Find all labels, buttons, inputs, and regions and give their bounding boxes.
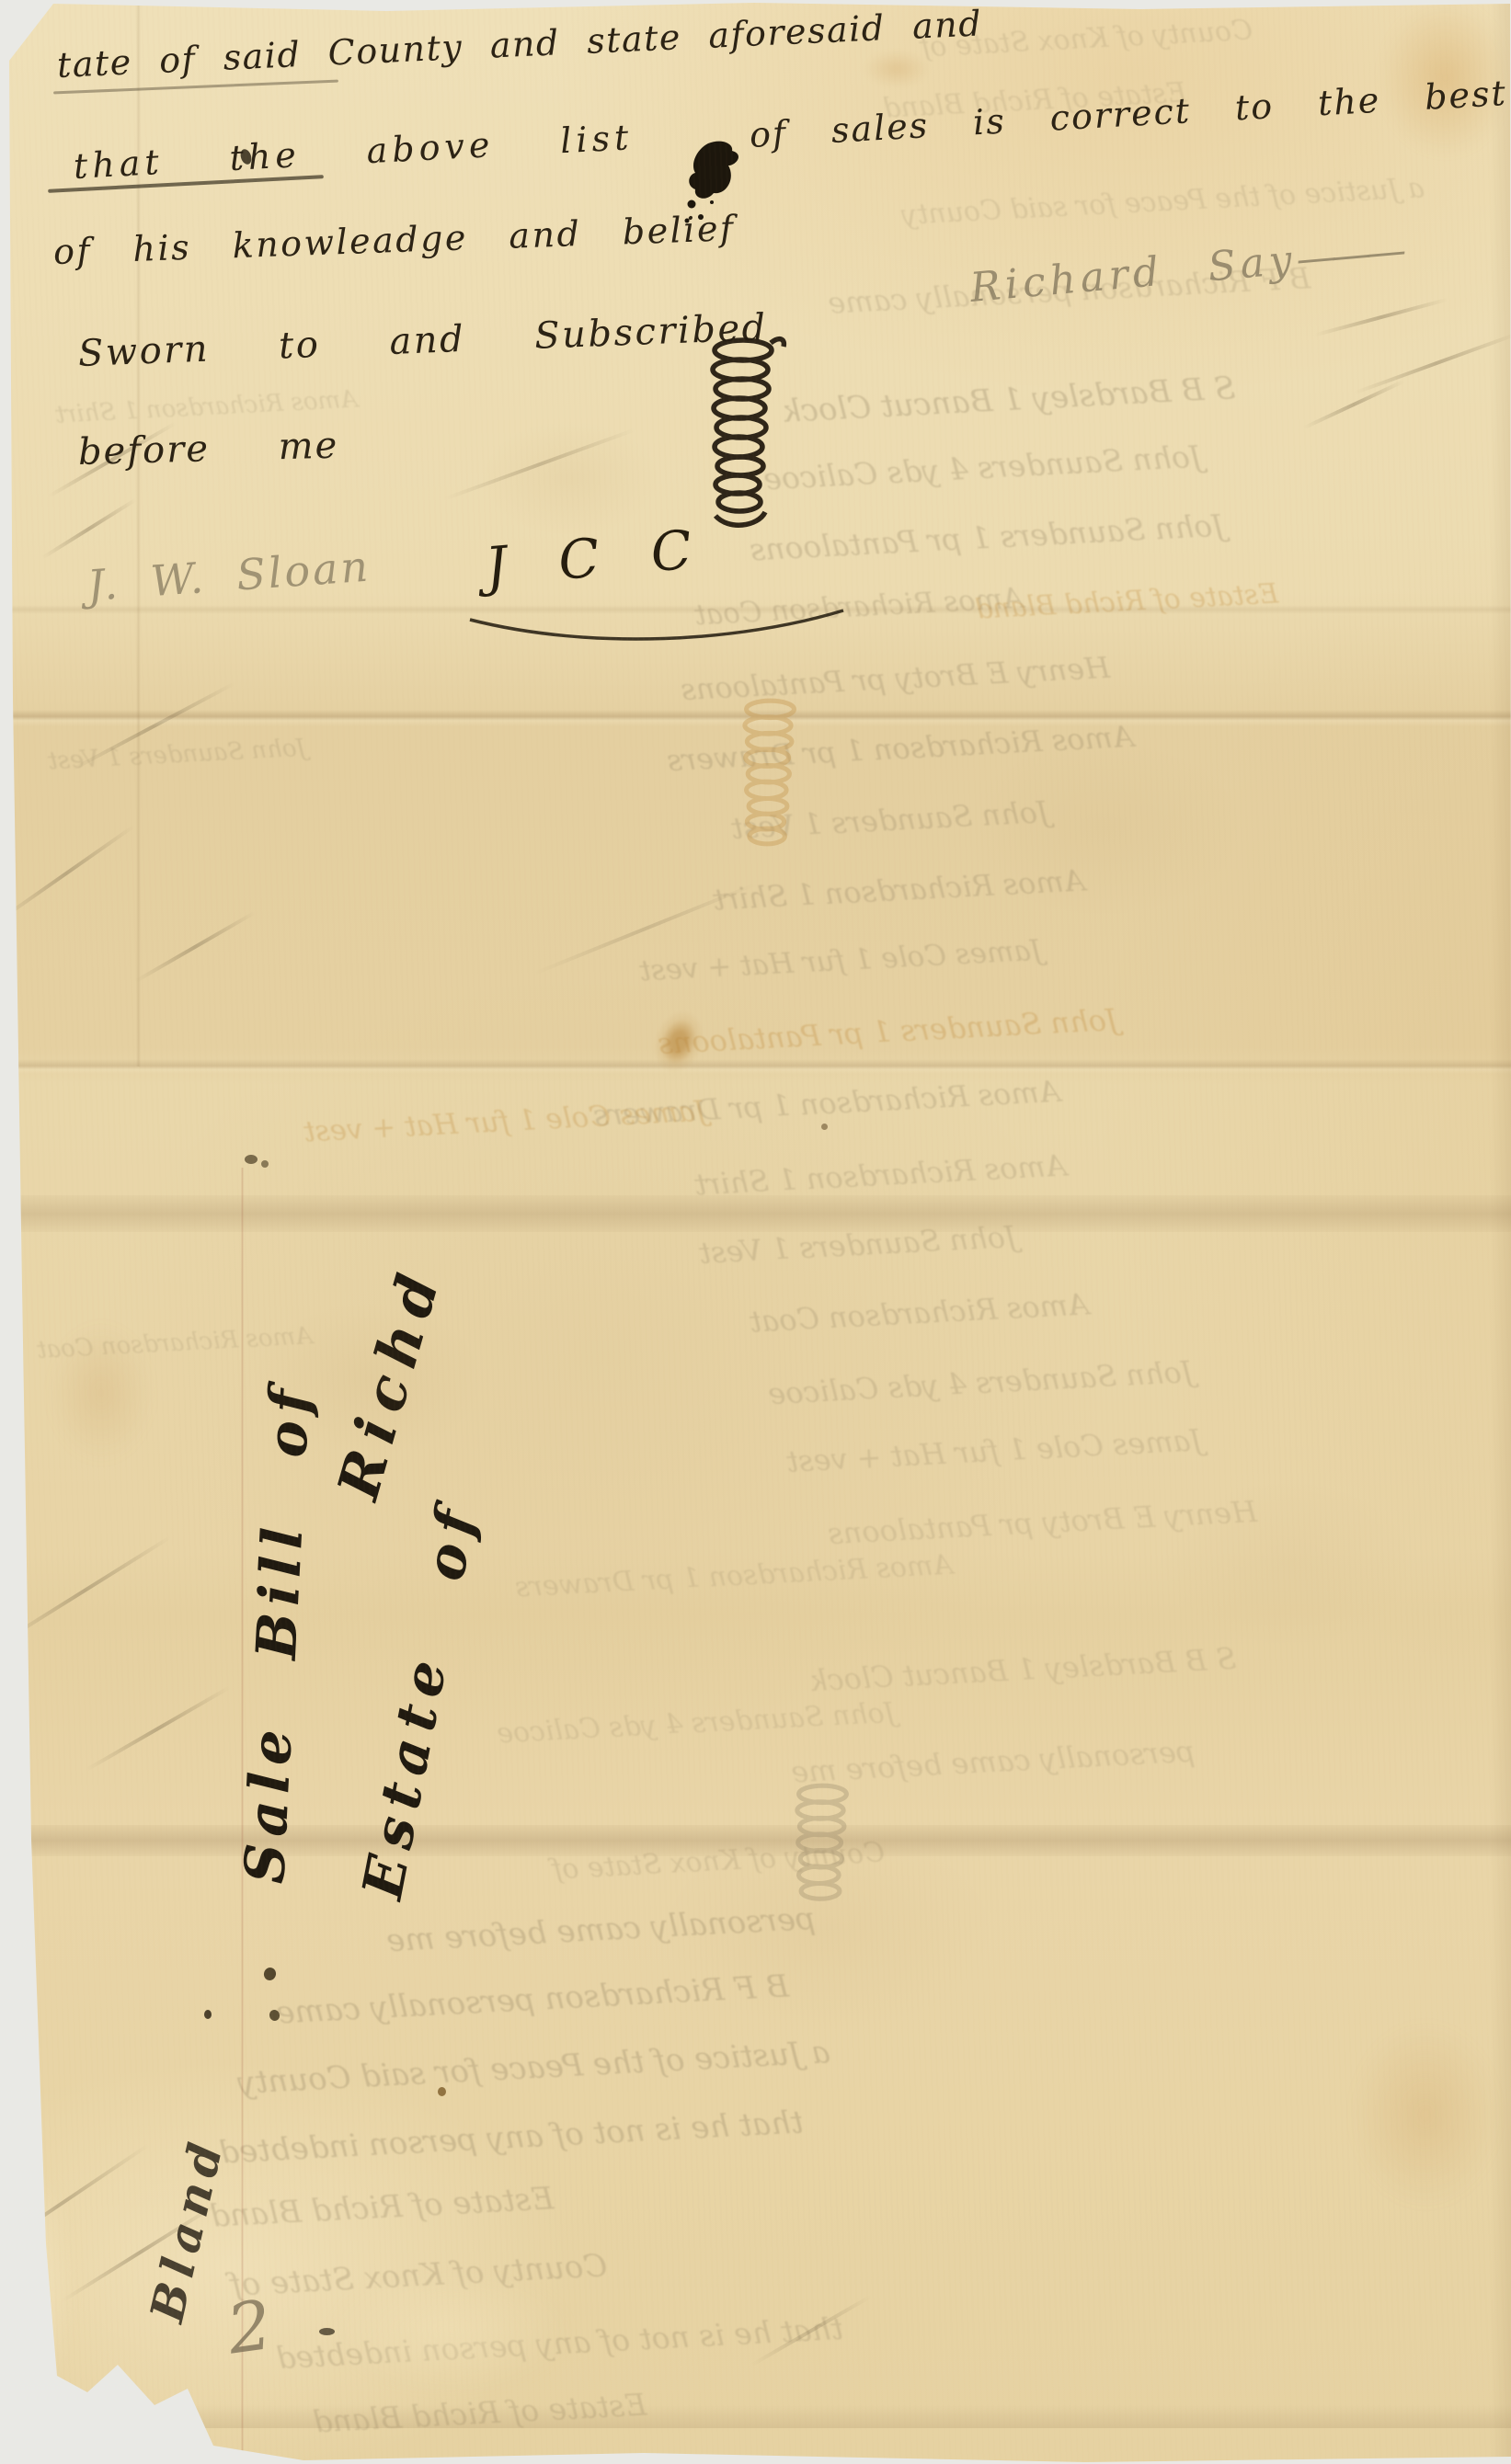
pencil-streak	[0, 2143, 150, 2270]
officer-initials: J C C	[483, 521, 704, 593]
bleed-through-line: John Saunders 1 Vest	[48, 736, 307, 774]
bleed-through-line: personally came before me	[790, 1737, 1196, 1787]
pencil-streak	[41, 498, 137, 560]
bleed-through-line: James Cole 1 fur Hat + vest	[785, 1425, 1203, 1477]
underline-flourish	[464, 607, 851, 653]
signature-flourish: ———	[1294, 227, 1402, 283]
bleed-through-line: S B Bardsley 1 Bancut Clock	[808, 1644, 1237, 1695]
affidavit-line-3: of his knowleadge and belief	[52, 211, 736, 269]
stain	[864, 51, 929, 87]
bleed-through-line: County of Knox State of	[229, 2250, 608, 2300]
bleed-through-line: personally came before me	[385, 1903, 816, 1956]
spiral-flourish-bleed	[784, 1782, 862, 1947]
docket-line-richd: Richd	[329, 1259, 451, 1505]
bleed-through-line: Amos Richardson 1 Shirt	[712, 865, 1085, 914]
pencil-streak	[1314, 298, 1448, 337]
bleed-through-line: James Cole 1 fur Hat + vest	[638, 937, 1043, 987]
bleed-through-line: John Saunders 1 Vest	[698, 1222, 1017, 1268]
bleed-through-line: that he is not of any person indebted	[219, 2106, 805, 2168]
fold-crease-horizontal	[0, 1059, 1511, 1074]
bleed-through-line: Estate of Richd Bland	[209, 2183, 555, 2232]
ink-speck	[438, 2087, 446, 2096]
affidavit-line-4: Sworn to and Subscribed	[77, 309, 768, 372]
ink-speck	[204, 2010, 212, 2019]
bleed-through-line: S B Bardsley 1 Bancut Clock	[781, 372, 1236, 428]
pencil-streak	[134, 911, 256, 983]
scan-background: County of Knox State of Estate of Richd …	[0, 0, 1511, 2464]
bleed-through-line: Amos Richardson 1 pr Drawers	[515, 1552, 954, 1603]
bleed-through-line: John Saunders 1 pr Pantaloons	[658, 1005, 1119, 1058]
affidavit-line-5: before me	[77, 428, 338, 471]
bleed-through-line: Estate of Richd Bland	[312, 2390, 647, 2437]
bleed-through-line: John Saunders 4 yds Calicoe	[497, 1700, 897, 1749]
bleed-through-line: a Justice of the Peace for said County	[237, 2036, 831, 2099]
page-edge-shadow	[1490, 0, 1511, 2464]
spiral-flourish	[697, 336, 789, 533]
pencil-streak	[86, 1685, 231, 1771]
officer-signature: J. W. Sloan	[86, 545, 372, 607]
affidavit-line-1: tate of said County and state aforesaid …	[56, 6, 983, 83]
bleed-through-line: Amos Richardson 1 Shirt	[693, 1150, 1067, 1199]
bleed-through-line: that he is not of any person indebted	[276, 2313, 844, 2373]
bleed-through-line: Amos Richardson 1 Shirt	[55, 387, 359, 427]
bleed-through-line: B F Richardson personally came	[275, 1970, 789, 2028]
pencil-streak	[1354, 332, 1511, 395]
docket-line-sale-bill: Sale Bill of	[237, 1381, 318, 1885]
ink-speck	[821, 1124, 828, 1130]
bleed-through-line: James Cole 1 fur Hat + vest	[303, 1098, 707, 1147]
ink-speck	[319, 2328, 335, 2335]
pencil-streak	[0, 825, 135, 923]
bleed-through-line: John Saunders 1 pr Pantaloons	[749, 510, 1225, 565]
docket-line-estate: Estate of	[355, 1497, 486, 1903]
bleed-through-line: Henry E Broty pr Pantaloons	[827, 1497, 1257, 1548]
spiral-flourish-bleed	[731, 697, 809, 862]
stain	[1352, 2023, 1499, 2207]
affidavit-line-2a: that the above list	[73, 120, 634, 184]
ink-speck	[261, 1160, 269, 1168]
bleed-through-line: Amos Richardson Coat	[749, 1289, 1089, 1336]
pencil-streak	[1303, 380, 1404, 429]
bleed-through-line: John Saunders 4 yds Calicoe	[767, 1357, 1194, 1409]
page-number: 2	[223, 2291, 276, 2365]
manuscript-page: County of Knox State of Estate of Richd …	[0, 0, 1511, 2464]
pencil-streak	[0, 1535, 171, 1646]
bleed-through-line: Amos Richardson Coat	[37, 1324, 314, 1363]
ink-speck	[262, 1967, 277, 1982]
bleed-through-line: John Saunders 4 yds Calicoe	[762, 441, 1202, 495]
ink-speck	[245, 1155, 258, 1164]
fold-crease-horizontal	[0, 1195, 1511, 1232]
pencil-streak	[444, 428, 635, 500]
bleed-through-line: a Justice of the Peace for said County	[901, 175, 1425, 230]
ink-blot	[681, 138, 739, 228]
fold-crease-horizontal	[0, 2404, 1511, 2428]
